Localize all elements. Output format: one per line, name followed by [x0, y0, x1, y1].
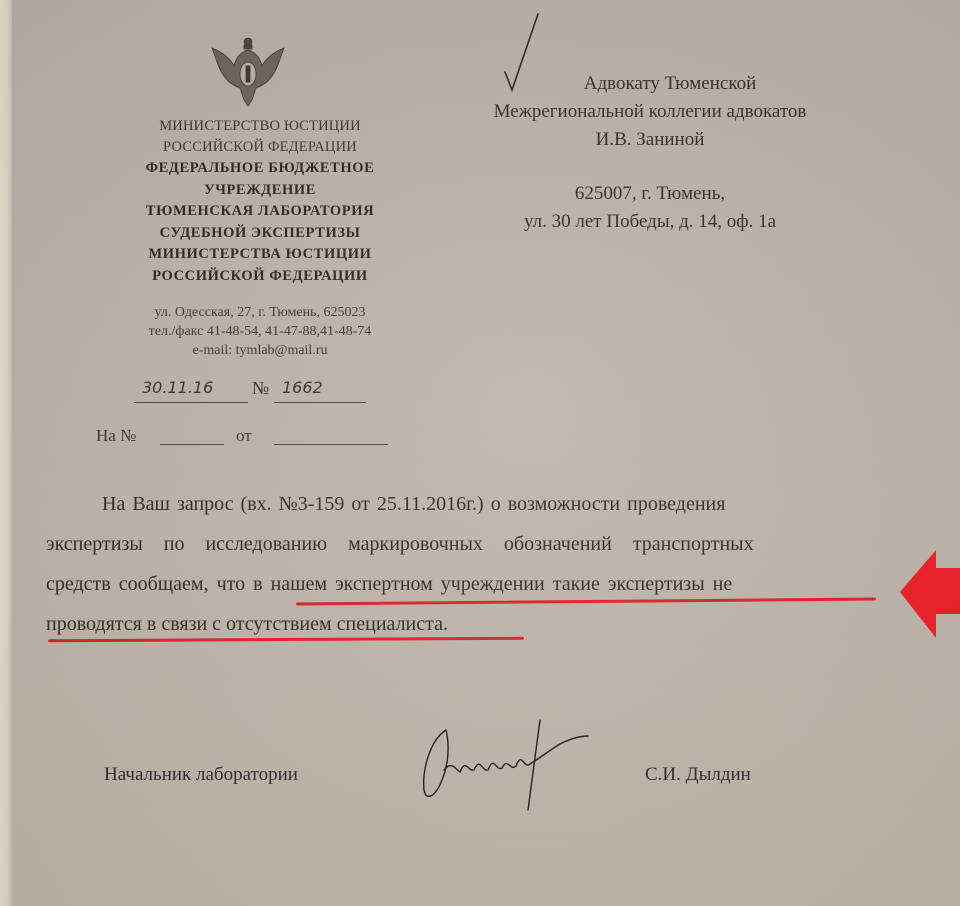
org-line: МИНИСТЕРСТВО ЮСТИЦИИ — [110, 116, 410, 137]
number-label: № — [252, 378, 269, 399]
org-line-bold: МИНИСТЕРСТВА ЮСТИЦИИ — [110, 244, 410, 266]
org-line: РОССИЙСКОЙ ФЕДЕРАЦИИ — [110, 137, 410, 158]
org-line-bold: ФЕДЕРАЛЬНОЕ БЮДЖЕТНОЕ — [110, 158, 410, 180]
recipient-block: Адвокату Тюменской Межрегиональной колле… — [440, 70, 860, 154]
org-line-bold: УЧРЕЖДЕНИЕ — [110, 180, 410, 202]
number-underline — [274, 402, 366, 403]
emblem-icon — [210, 36, 286, 110]
reply-to-label: На № — [96, 426, 136, 446]
date-underline — [134, 402, 248, 403]
outgoing-date: 30.11.16 — [142, 378, 213, 397]
reply-date-blank — [274, 444, 388, 445]
from-label: от — [236, 426, 252, 446]
body-line-2: экспертизы по исследованию маркировочных… — [46, 524, 878, 564]
recipient-line-3: И.В. Заниной — [440, 126, 860, 154]
recipient-address: 625007, г. Тюмень, ул. 30 лет Победы, д.… — [440, 180, 860, 236]
sender-contacts: ул. Одесская, 27, г. Тюмень, 625023 тел.… — [110, 303, 410, 360]
org-line-bold: ТЮМЕНСКАЯ ЛАБОРАТОРИЯ — [110, 201, 410, 223]
sender-phones: тел./факс 41-48-54, 41-47-88,41-48-74 — [110, 322, 410, 341]
letter-body: На Ваш запрос (вх. №3-159 от 25.11.2016г… — [46, 484, 878, 644]
body-line-3-plain: средств сообщаем, что — [46, 573, 253, 595]
handwritten-signature — [400, 710, 590, 820]
paper-left-edge — [0, 0, 12, 906]
org-line-bold: СУДЕБНОЙ ЭКСПЕРТИЗЫ — [110, 223, 410, 245]
red-left-arrow-icon — [898, 548, 960, 640]
recipient-address-2: ул. 30 лет Победы, д. 14, оф. 1а — [440, 208, 860, 236]
signatory-name: С.И. Дылдин — [645, 764, 751, 786]
body-line-3-emphasis: в нашем экспертном учреждении такие эксп… — [253, 573, 732, 595]
body-line-1: На Ваш запрос (вх. №3-159 от 25.11.2016г… — [46, 484, 878, 524]
org-line-bold: РОССИЙСКОЙ ФЕДЕРАЦИИ — [110, 266, 410, 288]
recipient-address-1: 625007, г. Тюмень, — [440, 180, 860, 208]
recipient-line-2: Межрегиональной коллегии адвокатов — [440, 98, 860, 126]
outgoing-number: 1662 — [282, 378, 323, 397]
sender-address: ул. Одесская, 27, г. Тюмень, 625023 — [110, 303, 410, 322]
sender-email: e-mail: tymlab@mail.ru — [110, 341, 410, 360]
recipient-line-1: Адвокату Тюменской — [440, 70, 860, 98]
signatory-title: Начальник лаборатории — [104, 764, 298, 786]
reply-number-blank — [160, 444, 224, 445]
sender-organization: МИНИСТЕРСТВО ЮСТИЦИИ РОССИЙСКОЙ ФЕДЕРАЦИ… — [110, 116, 410, 287]
